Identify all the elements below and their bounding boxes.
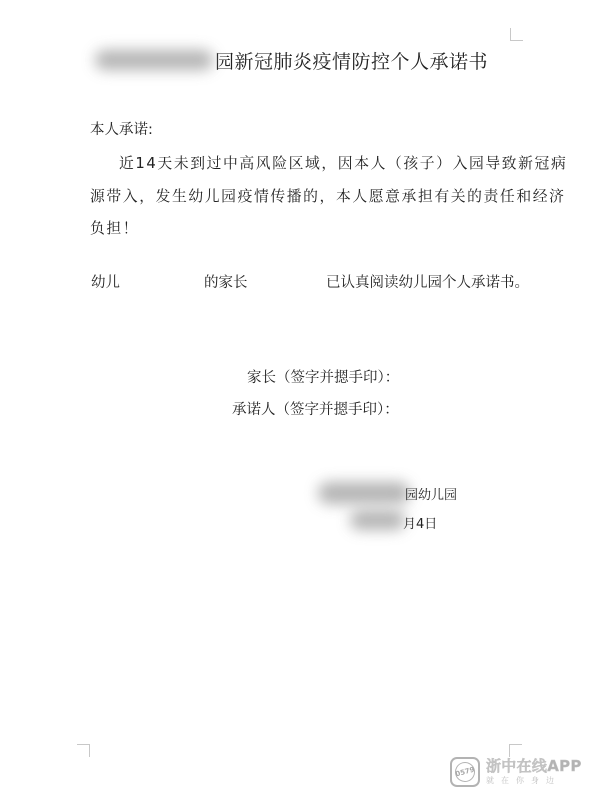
date-suffix: 月4日	[403, 513, 437, 532]
commitment-line-2: 源带入，发生幼儿园疫情传播的，本人愿意承担有关的责任和经济	[90, 185, 566, 206]
watermark-title: 浙中在线APP	[486, 758, 582, 775]
watermark-subtitle: 就在你身边	[486, 775, 582, 786]
title-text: 园新冠肺炎疫情防控个人承诺书	[215, 47, 488, 74]
redacted-school-name	[95, 50, 213, 70]
commitment-heading: 本人承诺:	[90, 118, 153, 139]
parent-label: 的家长	[204, 271, 248, 292]
redacted-date	[350, 510, 405, 530]
school-name-suffix: 园幼儿园	[405, 484, 457, 503]
app-logo-icon: 0579	[450, 757, 480, 787]
commitment-line-3: 负担！	[90, 217, 139, 238]
app-logo-text: 0579	[453, 760, 477, 784]
promisor-signature-label: 承诺人（签字并摁手印）：	[232, 398, 399, 419]
document-page: 园新冠肺炎疫情防控个人承诺书 本人承诺: 近14天未到过中高风险区域，因本人（孩…	[0, 0, 600, 807]
parent-signature-label: 家长（签字并摁手印）：	[247, 366, 399, 387]
app-watermark: 0579 浙中在线APP 就在你身边	[450, 757, 582, 787]
document-title: 园新冠肺炎疫情防控个人承诺书	[95, 46, 488, 74]
page-corner-mark-bottom-right	[509, 744, 522, 757]
page-corner-mark-top-right	[510, 28, 523, 41]
page-corner-mark-bottom-left	[77, 744, 90, 757]
child-label: 幼儿	[91, 271, 120, 292]
acknowledgement-statement: 已认真阅读幼儿园个人承诺书。	[326, 271, 529, 292]
redacted-school	[318, 482, 410, 504]
commitment-line-1: 近14天未到过中高风险区域，因本人（孩子）入园导致新冠病	[119, 152, 567, 173]
